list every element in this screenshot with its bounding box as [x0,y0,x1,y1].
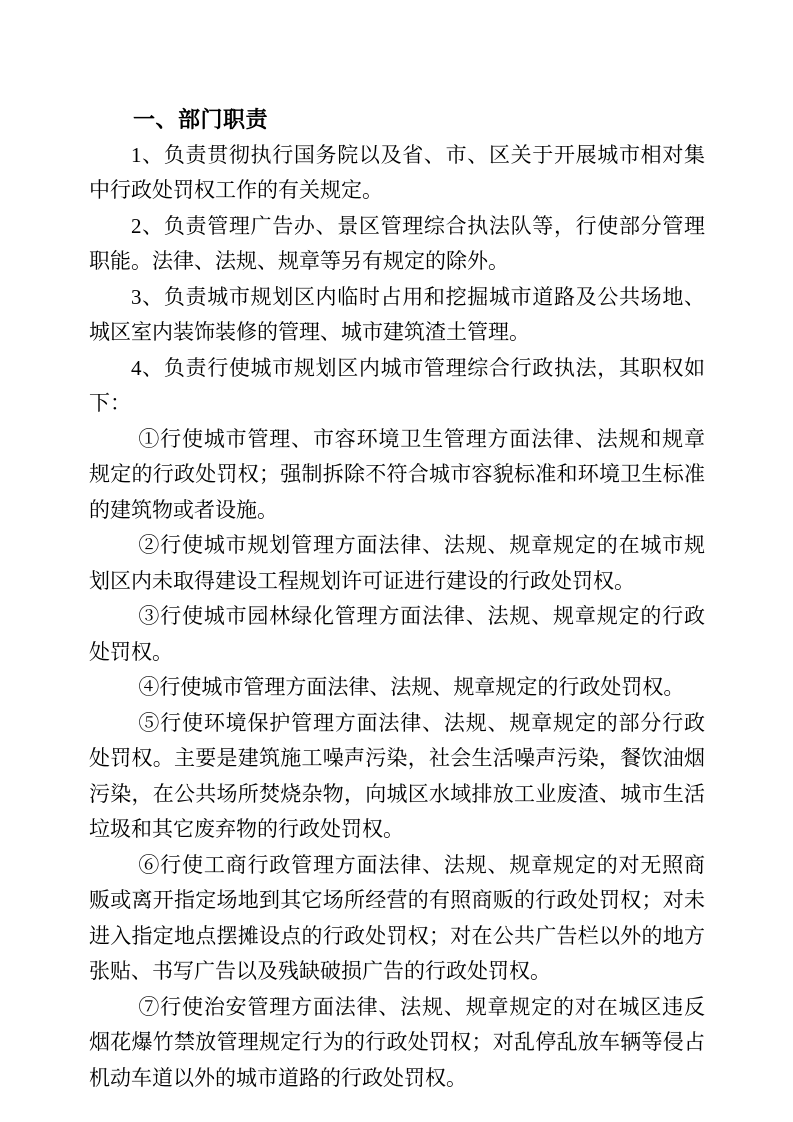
paragraph-power-2: ②行使城市规划管理方面法律、法规、规章规定的在城市规划区内未取得建设工程规划许可… [89,528,705,599]
paragraph-power-5: ⑤行使环境保护管理方面法律、法规、规章规定的部分行政处罚权。主要是建筑施工噪声污… [89,706,705,848]
paragraph-duty-1: 1、负责贯彻执行国务院以及省、市、区关于开展城市相对集中行政处罚权工作的有关规定… [89,138,705,209]
paragraph-power-6: ⑥行使工商行政管理方面法律、法规、规章规定的对无照商贩或离开指定场地到其它场所经… [89,848,705,990]
paragraph-power-7: ⑦行使治安管理方面法律、法规、规章规定的对在城区违反烟花爆竹禁放管理规定行为的行… [89,990,705,1097]
paragraph-power-3: ③行使城市园林绿化管理方面法律、法规、规章规定的行政处罚权。 [89,599,705,670]
paragraph-duty-3: 3、负责城市规划区内临时占用和挖掘城市道路及公共场地、城区室内装饰装修的管理、城… [89,280,705,351]
document-page: 一、部门职责 1、负责贯彻执行国务院以及省、市、区关于开展城市相对集中行政处罚权… [0,0,793,1122]
paragraph-duty-2: 2、负责管理广告办、景区管理综合执法队等，行使部分管理职能。法律、法规、规章等另… [89,209,705,280]
paragraph-power-1: ①行使城市管理、市容环境卫生管理方面法律、法规和规章规定的行政处罚权；强制拆除不… [89,422,705,529]
paragraph-power-4: ④行使城市管理方面法律、法规、规章规定的行政处罚权。 [89,670,705,706]
section-title: 一、部门职责 [89,102,705,138]
paragraph-duty-4: 4、负责行使城市规划区内城市管理综合行政执法，其职权如下： [89,351,705,422]
